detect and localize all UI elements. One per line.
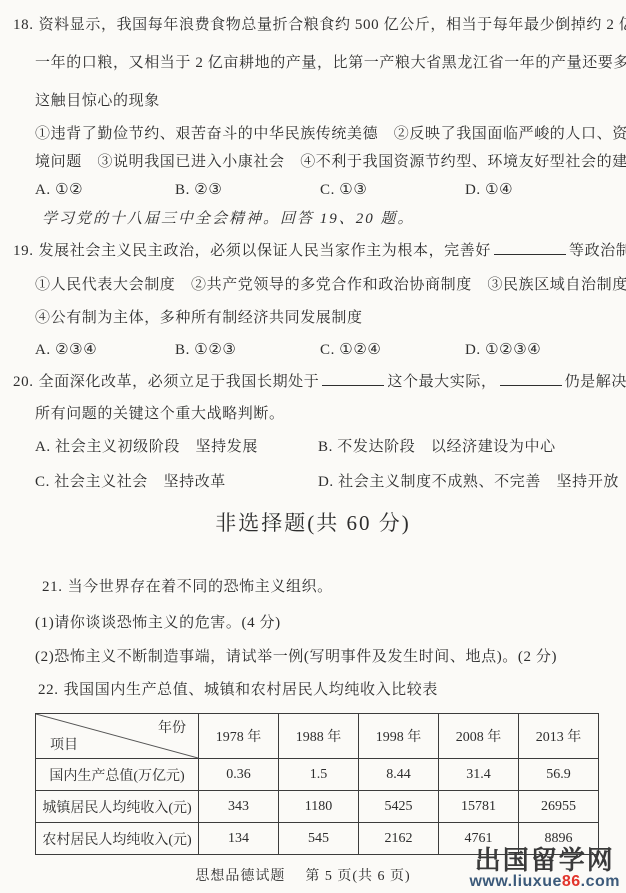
option-d: D. ①④ xyxy=(465,176,513,204)
choice-items-line: ④公有制为主体，多种所有制经济共同发展制度 xyxy=(0,302,626,334)
option-b: B. 不发达阶段 以经济建设为中心 xyxy=(318,430,556,464)
url-number: 86 xyxy=(562,873,581,890)
table-cell: 0.36 xyxy=(199,759,279,791)
question-stem-line: 19.发展社会主义民主政治，必须以保证人民当家作主为根本，完善好等政治制度。 xyxy=(0,234,626,268)
option-d: D. ①②③④ xyxy=(465,334,541,366)
question-stem-line: 这触目惊心的现象 xyxy=(0,82,626,120)
table-cell: 8.44 xyxy=(359,759,439,791)
question-number: 18. xyxy=(13,17,34,33)
question-number: 22. xyxy=(38,682,59,698)
exam-paper-page: 18.资料显示，我国每年浪费食物总量折合粮食约 500 亿公斤，相当于每年最少倒… xyxy=(0,0,626,893)
question-22: 22.我国国内生产总值、城镇和农村居民人均纯收入比较表 年份 项目 1978 年… xyxy=(0,674,626,855)
question-19: 19.发展社会主义民主政治，必须以保证人民当家作主为根本，完善好等政治制度。 ①… xyxy=(0,234,626,366)
footer-page-number: 第 5 页(共 6 页) xyxy=(305,869,410,884)
stem-text: 当今世界存在着不同的恐怖主义组织。 xyxy=(68,579,333,595)
table-cell: 1180 xyxy=(279,791,359,823)
question-stem-line: 所有问题的关键这个重大战略判断。 xyxy=(0,398,626,430)
table-cell: 343 xyxy=(199,791,279,823)
table-header-row: 年份 项目 1978 年 1988 年 1998 年 2008 年 2013 年 xyxy=(36,714,599,759)
question-stem-line: 22.我国国内生产总值、城镇和农村居民人均纯收入比较表 xyxy=(0,674,626,707)
question-number: 20. xyxy=(13,374,34,390)
question-stem-line: 18.资料显示，我国每年浪费食物总量折合粮食约 500 亿公斤，相当于每年最少倒… xyxy=(0,6,626,44)
url-suffix: .com xyxy=(581,873,620,890)
row-label: 国内生产总值(万亿元) xyxy=(36,759,199,791)
stem-text: 我国国内生产总值、城镇和农村居民人均纯收入比较表 xyxy=(64,682,438,698)
stem-text: 等政治制度。 xyxy=(569,243,626,259)
options-row: A. ②③④ B. ①②③ C. ①②④ D. ①②③④ xyxy=(0,334,626,366)
question-number: 19. xyxy=(13,243,34,259)
question-18: 18.资料显示，我国每年浪费食物总量折合粮食约 500 亿公斤，相当于每年最少倒… xyxy=(0,6,626,204)
option-a: A. ②③④ xyxy=(35,334,175,366)
answer-blank xyxy=(322,372,384,386)
option-c: C. ①②④ xyxy=(320,334,465,366)
sub-question-line: (1)请你谈谈恐怖主义的危害。(4 分) xyxy=(0,606,626,640)
option-b: B. ②③ xyxy=(175,176,320,204)
answer-blank xyxy=(494,241,566,255)
option-c: C. 社会主义社会 坚持改革 xyxy=(35,464,318,500)
row-label: 城镇居民人均纯收入(元) xyxy=(36,791,199,823)
stem-text: 资料显示，我国每年浪费食物总量折合粮食约 500 亿公斤，相当于每年最少倒掉约 … xyxy=(39,17,626,33)
question-20: 20.全面深化改革，必须立足于我国长期处于这个最大实际，仍是解决我国 所有问题的… xyxy=(0,366,626,500)
question-stem-line: 21.当今世界存在着不同的恐怖主义组织。 xyxy=(0,568,626,606)
stem-text: 发展社会主义民主政治，必须以保证人民当家作主为根本，完善好 xyxy=(39,243,491,259)
table-cell: 31.4 xyxy=(439,759,519,791)
footer-exam-title: 思想品德试题 xyxy=(195,869,285,884)
question-21: 21.当今世界存在着不同的恐怖主义组织。 (1)请你谈谈恐怖主义的危害。(4 分… xyxy=(0,568,626,674)
url-prefix: www.liuxue xyxy=(469,873,561,890)
year-header: 2013 年 xyxy=(519,714,599,759)
answer-blank xyxy=(500,372,562,386)
choice-items-line: ①违背了勤俭节约、艰苦奋斗的中华民族传统美德 ②反映了我国面临严峻的人口、资源、… xyxy=(0,120,626,148)
stem-text: 这个最大实际， xyxy=(387,374,496,390)
table-corner-cell: 年份 项目 xyxy=(36,714,199,759)
table-cell: 56.9 xyxy=(519,759,599,791)
row-label: 农村居民人均纯收入(元) xyxy=(36,823,199,855)
comparison-table: 年份 项目 1978 年 1988 年 1998 年 2008 年 2013 年… xyxy=(35,713,599,855)
question-stem-line: 一年的口粮，又相当于 2 亿亩耕地的产量，比第一产粮大省黑龙江省一年的产量还要多… xyxy=(0,44,626,82)
section-heading: 非选择题(共 60 分) xyxy=(0,500,626,546)
table-row-urban-income: 城镇居民人均纯收入(元) 343 1180 5425 15781 26955 xyxy=(36,791,599,823)
choice-items-line: ①人民代表大会制度 ②共产党领导的多党合作和政治协商制度 ③民族区域自治制度 xyxy=(0,268,626,302)
table-cell: 26955 xyxy=(519,791,599,823)
table-row-gdp: 国内生产总值(万亿元) 0.36 1.5 8.44 31.4 56.9 xyxy=(36,759,599,791)
options-row: A. 社会主义初级阶段 坚持发展 B. 不发达阶段 以经济建设为中心 xyxy=(0,430,626,464)
corner-label-item: 项目 xyxy=(50,734,78,754)
sub-question-line: (2)恐怖主义不断制造事端，请试举一例(写明事件及发生时间、地点)。(2 分) xyxy=(0,640,626,674)
table-cell: 545 xyxy=(279,823,359,855)
choice-items-line: 境问题 ③说明我国已进入小康社会 ④不利于我国资源节约型、环境友好型社会的建设 xyxy=(0,148,626,176)
option-c: C. ①③ xyxy=(320,176,465,204)
table-cell: 5425 xyxy=(359,791,439,823)
table-cell: 2162 xyxy=(359,823,439,855)
table-cell: 134 xyxy=(199,823,279,855)
stem-text: 全面深化改革，必须立足于我国长期处于 xyxy=(39,374,320,390)
options-row: A. ①② B. ②③ C. ①③ D. ①④ xyxy=(0,176,626,204)
option-a: A. ①② xyxy=(35,176,175,204)
question-number: 21. xyxy=(42,579,63,595)
year-header: 1978 年 xyxy=(199,714,279,759)
table-cell: 1.5 xyxy=(279,759,359,791)
option-b: B. ①②③ xyxy=(175,334,320,366)
question-stem-line: 20.全面深化改革，必须立足于我国长期处于这个最大实际，仍是解决我国 xyxy=(0,366,626,398)
corner-label-year: 年份 xyxy=(158,717,186,737)
watermark-brand-text: 出国留学网 xyxy=(469,847,620,874)
stem-text: 仍是解决我国 xyxy=(565,374,626,390)
watermark-url: www.liuxue86.com xyxy=(469,874,620,891)
options-row: C. 社会主义社会 坚持改革 D. 社会主义制度不成熟、不完善 坚持开放 xyxy=(0,464,626,500)
table-cell: 15781 xyxy=(439,791,519,823)
site-watermark: 出国留学网 www.liuxue86.com xyxy=(469,847,620,891)
option-d: D. 社会主义制度不成熟、不完善 坚持开放 xyxy=(318,464,619,500)
year-header: 1998 年 xyxy=(359,714,439,759)
instruction-lead-in: 学习党的十八届三中全会精神。回答 19、20 题。 xyxy=(0,204,626,234)
year-header: 2008 年 xyxy=(439,714,519,759)
option-a: A. 社会主义初级阶段 坚持发展 xyxy=(35,430,318,464)
year-header: 1988 年 xyxy=(279,714,359,759)
